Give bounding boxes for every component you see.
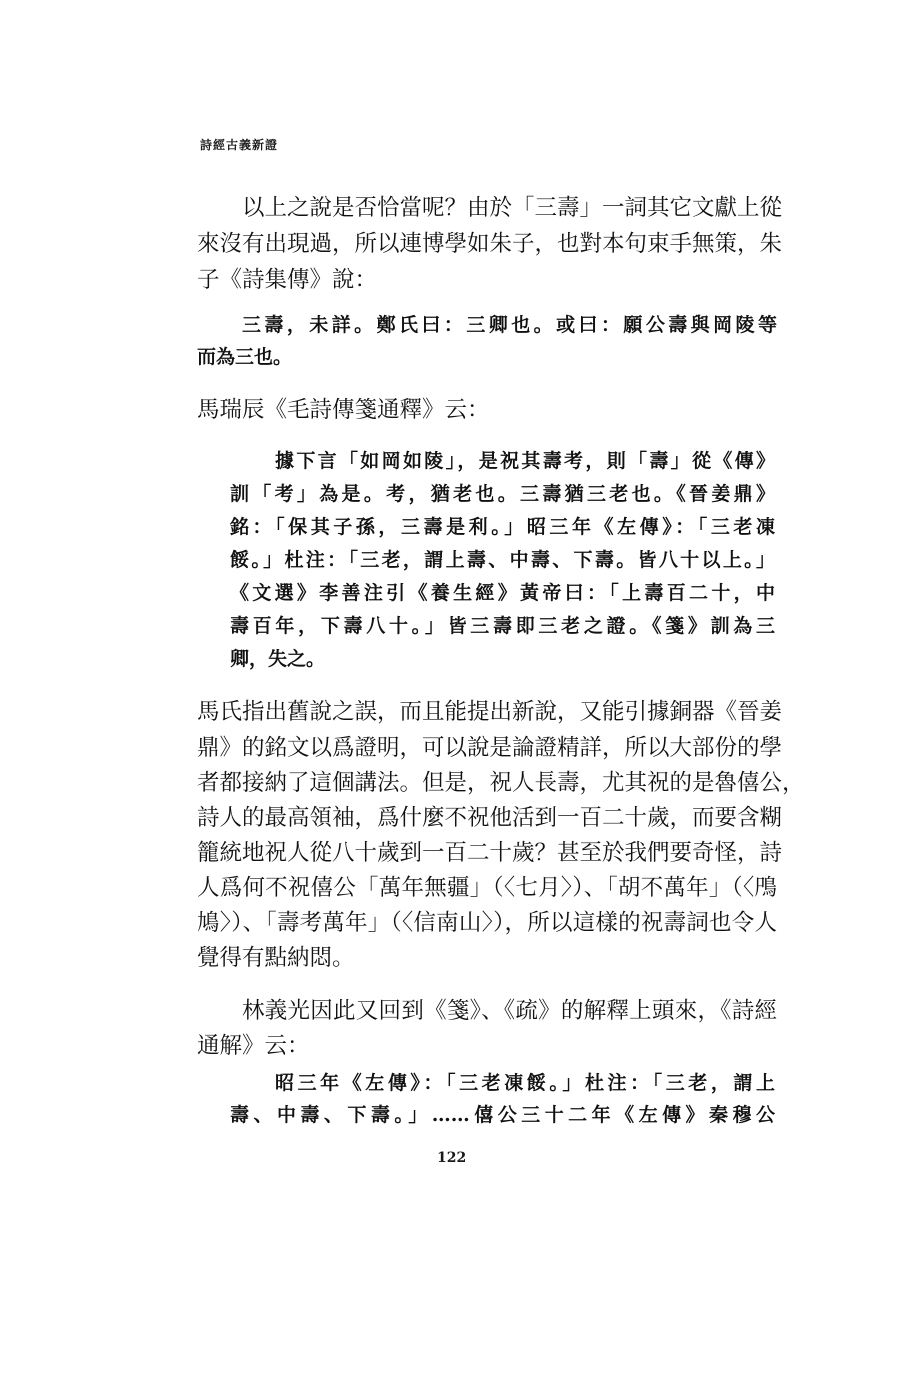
quote-ma-line-7: 卿，失之。 xyxy=(230,645,775,673)
quote-ma-line-1: 據下言「如岡如陵」，是祝其壽考，則「壽」從《傳》 xyxy=(275,447,775,475)
quote-ma-line-6: 壽百年，下壽八十。」皆三壽即三老之證。《箋》訓為三 xyxy=(230,612,775,640)
running-head: 詩經古義新證 xyxy=(200,136,278,153)
paragraph-1-line-2: 來沒有出現過，所以連博學如朱子，也對本句束手無策，朱 xyxy=(197,229,777,259)
paragraph-3-line-1: 馬氏指出舊說之誤，而且能提出新說，又能引據銅器《晉姜 xyxy=(197,697,777,727)
paragraph-3-line-8: 覺得有點納悶。 xyxy=(197,943,777,973)
paragraph-4-line-2: 通解》云： xyxy=(197,1031,777,1061)
paragraph-3-line-7: 鳩〉）、「壽考萬年」（〈信南山〉），所以這樣的祝壽詞也令人 xyxy=(197,908,777,938)
paragraph-3-line-4: 詩人的最高領袖，爲什麼不祝他活到一百二十歲，而要含糊 xyxy=(197,803,777,833)
paragraph-4-line-1: 林義光因此又回到《箋》、《疏》的解釋上頭來，《詩經 xyxy=(242,996,777,1026)
paragraph-3-line-6: 人爲何不祝僖公「萬年無疆」（〈七月〉）、「胡不萬年」（〈鳲 xyxy=(197,873,777,903)
book-page: 詩經古義新證 以上之說是否恰當呢？由於「三壽」一詞其它文獻上從 來沒有出現過，所… xyxy=(0,0,900,1374)
paragraph-3-line-2: 鼎》的銘文以爲證明，可以說是論證精詳，所以大部份的學 xyxy=(197,733,777,763)
quote-ma-line-3: 銘：「保其子孫，三壽是利。」昭三年《左傳》：「三老凍 xyxy=(230,513,775,541)
quote-ma-line-4: 餒。」杜注：「三老，謂上壽、中壽、下壽。皆八十以上。」 xyxy=(230,546,775,574)
paragraph-1-line-3: 子《詩集傳》說： xyxy=(197,265,777,295)
quote-ma-line-5: 《文選》李善注引《養生經》黃帝曰：「上壽百二十，中 xyxy=(230,579,775,607)
paragraph-3-line-5: 籠統地祝人從八十歲到一百二十歲？甚至於我們要奇怪，詩 xyxy=(197,838,777,868)
quote-lin-line-2: 壽、中壽、下壽。」……僖公三十二年《左傳》秦穆公 xyxy=(230,1101,775,1129)
page-number: 122 xyxy=(437,1150,466,1166)
quote-zhuxi-line-2: 而為三也。 xyxy=(197,343,777,371)
quote-lin-line-1: 昭三年《左傳》：「三老凍餒。」杜注：「三老，謂上 xyxy=(275,1069,775,1097)
paragraph-1-line-1: 以上之說是否恰當呢？由於「三壽」一詞其它文獻上從 xyxy=(242,193,777,223)
quote-zhuxi-line-1: 三壽，未詳。鄭氏曰：三卿也。或曰：願公壽與岡陵等 xyxy=(242,311,777,339)
paragraph-3-line-3: 者都接納了這個講法。但是，祝人長壽，尤其祝的是魯僖公， xyxy=(197,768,777,798)
quote-ma-line-2: 訓「考」為是。考，猶老也。三壽猶三老也。《晉姜鼎》 xyxy=(230,480,775,508)
paragraph-2-line-1: 馬瑞辰《毛詩傳箋通釋》云： xyxy=(197,395,777,425)
